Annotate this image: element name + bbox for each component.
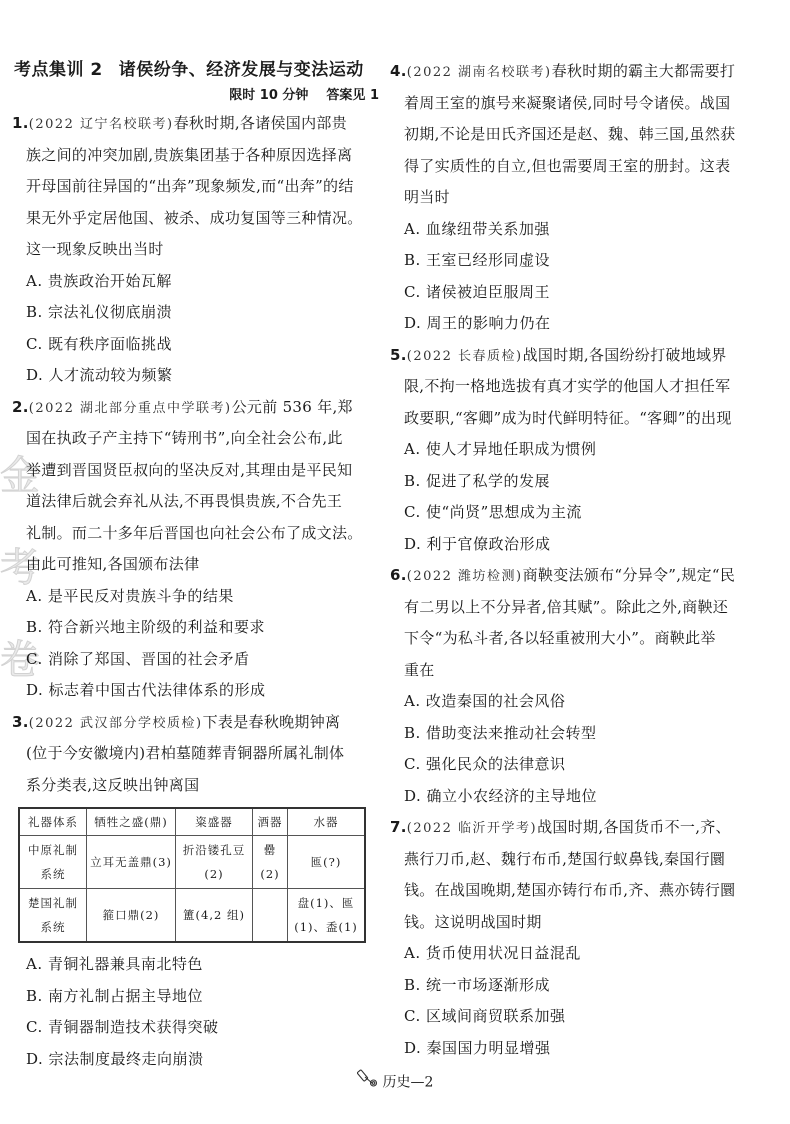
option-a[interactable]: A. 贵族政治开始瓦解: [12, 266, 385, 298]
question-text: 果无外乎定居他国、被杀、成功复国等三种情况。: [12, 203, 385, 235]
section-heading: 诸侯纷争、经济发展与变法运动: [119, 60, 364, 80]
option-a[interactable]: A. 改造秦国的社会风俗: [390, 686, 775, 718]
question-text: 政要职,“客卿”成为时代鲜明特征。“客卿”的出现: [390, 403, 775, 435]
question-source: (2022 长春质检): [407, 349, 523, 364]
table-cell: 楚国礼制系统: [19, 889, 87, 943]
question-text: 战国时期,各国货币不一,齐、: [537, 818, 731, 836]
question-text: 公元前 536 年,郑: [232, 398, 353, 416]
table-cell: 立耳无盖鼎(3): [87, 836, 176, 889]
option-b[interactable]: B. 王室已经形同虚设: [390, 245, 775, 277]
option-b[interactable]: B. 统一市场逐渐形成: [390, 970, 775, 1002]
question-number: 1.: [12, 114, 29, 132]
right-column: 4.(2022 湖南名校联考)春秋时期的霸主大都需要打 着周王室的旗号来凝聚诸侯…: [390, 56, 775, 1064]
option-a[interactable]: A. 是平民反对贵族斗争的结果: [12, 581, 385, 613]
page-footer: 历史—2: [0, 1066, 790, 1096]
table-header: 水器: [288, 808, 366, 836]
question-text: 春秋时期的霸主大都需要打: [552, 62, 736, 80]
table-cell: 折沿镂孔豆(2): [176, 836, 253, 889]
answer-ref: 答案见 1: [326, 88, 379, 103]
question-source: (2022 辽宁名校联考): [29, 117, 174, 132]
table-header: 牺牲之盛(鼎): [87, 808, 176, 836]
question-text: 限,不拘一格地选拔有真才实学的他国人才担任军: [390, 371, 775, 403]
question-3: 3.(2022 武汉部分学校质检)下表是春秋晚期钟离 (位于今安徽境内)君柏墓随…: [12, 707, 385, 1076]
question-text: 这一现象反映出当时: [12, 234, 385, 266]
question-source: (2022 潍坊检测): [407, 569, 523, 584]
option-c[interactable]: C. 诸侯被迫臣服周王: [390, 277, 775, 309]
question-6: 6.(2022 潍坊检测)商鞅变法颁布“分异令”,规定“民 有二男以上不分异者,…: [390, 560, 775, 812]
question-text: 礼制。而二十多年后晋国也向社会公布了成文法。: [12, 518, 385, 550]
option-b[interactable]: B. 借助变法来推动社会转型: [390, 718, 775, 750]
question-source: (2022 武汉部分学校质检): [29, 716, 203, 731]
question-number: 7.: [390, 818, 407, 836]
question-text: 得了实质性的自立,但也需要周王室的册封。这表: [390, 151, 775, 183]
table-cell: 匜(?): [288, 836, 366, 889]
question-text: 燕行刀币,赵、魏行布币,楚国行蚁鼻钱,秦国行圜: [390, 844, 775, 876]
option-d[interactable]: D. 秦国国力明显增强: [390, 1033, 775, 1065]
question-source: (2022 湖南名校联考): [407, 65, 552, 80]
question-text: 国在执政子产主持下“铸刑书”,向全社会公布,此: [12, 423, 385, 455]
option-b[interactable]: B. 宗法礼仪彻底崩溃: [12, 297, 385, 329]
table-cell: 罍(2): [253, 836, 288, 889]
question-5: 5.(2022 长春质检)战国时期,各国纷纷打破地域界 限,不拘一格地选拔有真才…: [390, 340, 775, 561]
table-header: 酒器: [253, 808, 288, 836]
question-number: 5.: [390, 346, 407, 364]
question-text: 族之间的冲突加剧,贵族集团基于各种原因选择离: [12, 140, 385, 172]
question-text: 重在: [390, 655, 775, 687]
section-title: 考点集训 2诸侯纷争、经济发展与变法运动: [12, 56, 385, 84]
question-number: 6.: [390, 566, 407, 584]
question-text: 战国时期,各国纷纷打破地域界: [523, 346, 727, 364]
table-row: 中原礼制系统 立耳无盖鼎(3) 折沿镂孔豆(2) 罍(2) 匜(?): [19, 836, 365, 889]
question-text: 开母国前往异国的“出奔”现象频发,而“出奔”的结: [12, 171, 385, 203]
question-text: 举遭到晋国贤臣叔向的坚决反对,其理由是平民知: [12, 455, 385, 487]
question-number: 2.: [12, 398, 29, 416]
time-limit: 限时 10 分钟: [229, 88, 308, 103]
table-header-row: 礼器体系 牺牲之盛(鼎) 粢盛器 酒器 水器: [19, 808, 365, 836]
question-source: (2022 湖北部分重点中学联考): [29, 401, 232, 416]
question-7: 7.(2022 临沂开学考)战国时期,各国货币不一,齐、 燕行刀币,赵、魏行布币…: [390, 812, 775, 1064]
table-cell: 盘(1)、匜(1)、盉(1): [288, 889, 366, 943]
option-b[interactable]: B. 南方礼制占据主导地位: [12, 981, 385, 1013]
question-text: 春秋时期,各诸侯国内部贵: [174, 114, 347, 132]
question-text: 系分类表,这反映出钟离国: [12, 770, 385, 802]
table-cell: 中原礼制系统: [19, 836, 87, 889]
table-cell: 簠(4,2 组): [176, 889, 253, 943]
table-cell: [253, 889, 288, 943]
bronze-ritual-table: 礼器体系 牺牲之盛(鼎) 粢盛器 酒器 水器 中原礼制系统 立耳无盖鼎(3) 折…: [18, 807, 366, 943]
section-meta: 限时 10 分钟答案见 1: [12, 84, 385, 108]
question-text: 由此可推知,各国颁布法律: [12, 549, 385, 581]
question-text: 钱。这说明战国时期: [390, 907, 775, 939]
question-2: 2.(2022 湖北部分重点中学联考)公元前 536 年,郑 国在执政子产主持下…: [12, 392, 385, 707]
option-c[interactable]: C. 区域间商贸联系加强: [390, 1001, 775, 1033]
option-c[interactable]: C. 青铜器制造技术获得突破: [12, 1012, 385, 1044]
exam-page: 金 考 卷 考点集训 2诸侯纷争、经济发展与变法运动 限时 10 分钟答案见 1…: [0, 0, 790, 1124]
option-a[interactable]: A. 青铜礼器兼具南北特色: [12, 949, 385, 981]
option-a[interactable]: A. 血缘纽带关系加强: [390, 214, 775, 246]
left-column: 考点集训 2诸侯纷争、经济发展与变法运动 限时 10 分钟答案见 1 1.(20…: [12, 56, 385, 1075]
option-d[interactable]: D. 利于官僚政治形成: [390, 529, 775, 561]
question-number: 3.: [12, 713, 29, 731]
option-c[interactable]: C. 强化民众的法律意识: [390, 749, 775, 781]
question-text: 商鞅变法颁布“分异令”,规定“民: [523, 566, 736, 584]
table-header: 礼器体系: [19, 808, 87, 836]
option-b[interactable]: B. 符合新兴地主阶级的利益和要求: [12, 612, 385, 644]
table-cell: 箍口鼎(2): [87, 889, 176, 943]
option-b[interactable]: B. 促进了私学的发展: [390, 466, 775, 498]
option-a[interactable]: A. 货币使用状况日益混乱: [390, 938, 775, 970]
option-d[interactable]: D. 标志着中国古代法律体系的形成: [12, 675, 385, 707]
option-c[interactable]: C. 使“尚贤”思想成为主流: [390, 497, 775, 529]
question-source: (2022 临沂开学考): [407, 821, 537, 836]
option-a[interactable]: A. 使人才异地任职成为惯例: [390, 434, 775, 466]
option-c[interactable]: C. 既有秩序面临挑战: [12, 329, 385, 361]
option-d[interactable]: D. 周王的影响力仍在: [390, 308, 775, 340]
question-text: 钱。在战国晚期,楚国亦铸行布币,齐、燕亦铸行圜: [390, 875, 775, 907]
option-d[interactable]: D. 人才流动较为频繁: [12, 360, 385, 392]
table-row: 楚国礼制系统 箍口鼎(2) 簠(4,2 组) 盘(1)、匜(1)、盉(1): [19, 889, 365, 943]
question-text: 有二男以上不分异者,倍其赋”。除此之外,商鞅还: [390, 592, 775, 624]
question-text: 道法律后就会弃礼从法,不再畏惧贵族,不合先王: [12, 486, 385, 518]
scroll-icon: [357, 1066, 379, 1099]
question-text: 初期,不论是田氏齐国还是赵、魏、韩三国,虽然获: [390, 119, 775, 151]
option-d[interactable]: D. 确立小农经济的主导地位: [390, 781, 775, 813]
question-text: 下令“为私斗者,各以轻重被刑大小”。商鞅此举: [390, 623, 775, 655]
page-label: 历史—2: [383, 1075, 434, 1091]
question-number: 4.: [390, 62, 407, 80]
question-4: 4.(2022 湖南名校联考)春秋时期的霸主大都需要打 着周王室的旗号来凝聚诸侯…: [390, 56, 775, 340]
question-text: 下表是春秋晚期钟离: [203, 713, 341, 731]
table-header: 粢盛器: [176, 808, 253, 836]
question-text: (位于今安徽境内)君柏墓随葬青铜器所属礼制体: [12, 738, 385, 770]
question-text: 明当时: [390, 182, 775, 214]
question-1: 1.(2022 辽宁名校联考)春秋时期,各诸侯国内部贵 族之间的冲突加剧,贵族集…: [12, 108, 385, 392]
question-text: 着周王室的旗号来凝聚诸侯,同时号令诸侯。战国: [390, 88, 775, 120]
section-label: 考点集训 2: [14, 60, 103, 80]
option-c[interactable]: C. 消除了郑国、晋国的社会矛盾: [12, 644, 385, 676]
